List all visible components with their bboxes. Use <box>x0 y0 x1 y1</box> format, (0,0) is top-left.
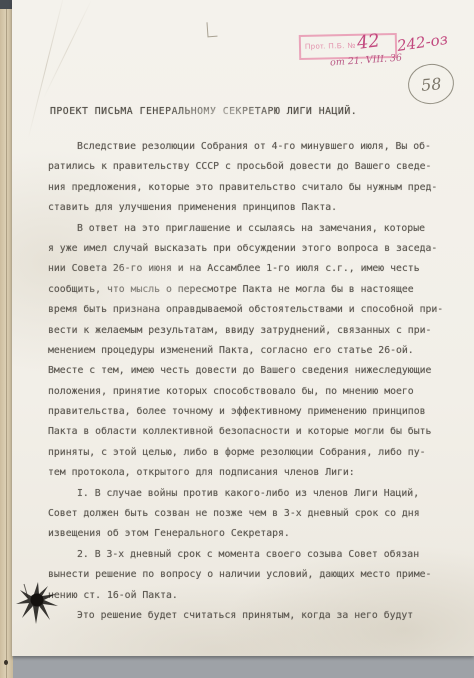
document-page: Прот. П.Б. № 42 242-оз от 21. VIII. 36 5… <box>12 0 474 656</box>
document-line: нии Совета 26-го июня и на Ассамблее 1-г… <box>48 259 460 279</box>
paper-crease <box>28 0 65 138</box>
document-line: Вследствие резолюции Собрания от 4-го ми… <box>48 137 460 157</box>
document-line: менением процедуры изменений Пакта, согл… <box>48 341 460 361</box>
document-body: Вследствие резолюции Собрания от 4-го ми… <box>48 137 460 626</box>
document-title: ПРОЕКТ ПИСЬМА ГЕНЕРАЛЬНОМУ СЕКРЕТАРЮ ЛИГ… <box>50 106 357 117</box>
document-line: Вместе с тем, имею честь довести до Ваше… <box>48 361 460 381</box>
binding-crease <box>6 0 7 678</box>
document-line: вести к желаемым результатам, ввиду затр… <box>48 321 460 341</box>
page-number-circle: 58 <box>405 61 456 107</box>
stamp-printed-text: Прот. П.Б. № <box>305 41 356 51</box>
stamp-protocol-number: 42 <box>356 30 381 54</box>
document-line: ратились к правительству СССР с просьбой… <box>48 157 460 177</box>
document-line: ния предложения, которые это правительст… <box>48 178 460 198</box>
document-line: вынести решение по вопросу о наличии усл… <box>48 565 460 585</box>
document-line: извещения об этом Генерального Секретаря… <box>48 524 460 544</box>
document-line: I. В случае войны против какого-либо из … <box>48 484 460 504</box>
document-line: я уже имел случай высказать при обсужден… <box>48 239 460 259</box>
page-number-value: 58 <box>420 74 442 95</box>
ink-blot <box>14 580 60 624</box>
paper-speck <box>4 660 8 665</box>
pencil-corner-mark <box>206 22 217 38</box>
scan-background: Прот. П.Б. № 42 242-оз от 21. VIII. 36 5… <box>0 0 474 678</box>
document-line: Совет должен быть созван не позже чем в … <box>48 504 460 524</box>
document-line: положения, принятие которых способствова… <box>48 382 460 402</box>
document-line: сообщить, что мысль о пересмотре Пакта н… <box>48 280 460 300</box>
document-line: Это решение будет считаться принятым, ко… <box>48 606 460 626</box>
document-line: правительства, более точному и эффективн… <box>48 402 460 422</box>
stamp-item-number: 242-оз <box>396 30 449 55</box>
document-line: тем протокола, открытого для подписания … <box>48 463 460 483</box>
document-line: нению ст. 16-ой Пакта. <box>48 586 460 606</box>
document-line: приняты, с этой целью, либо в форме резо… <box>48 443 460 463</box>
document-line: Пакта в области коллективной безопасност… <box>48 422 460 442</box>
document-line: ставить для улучшения применения принцип… <box>48 198 460 218</box>
document-line: В ответ на это приглашение и ссылаясь на… <box>48 219 460 239</box>
document-line: 2. В 3-х дневный срок с момента своего с… <box>48 545 460 565</box>
document-line: время быть признана оправдываемой обстоя… <box>48 300 460 320</box>
